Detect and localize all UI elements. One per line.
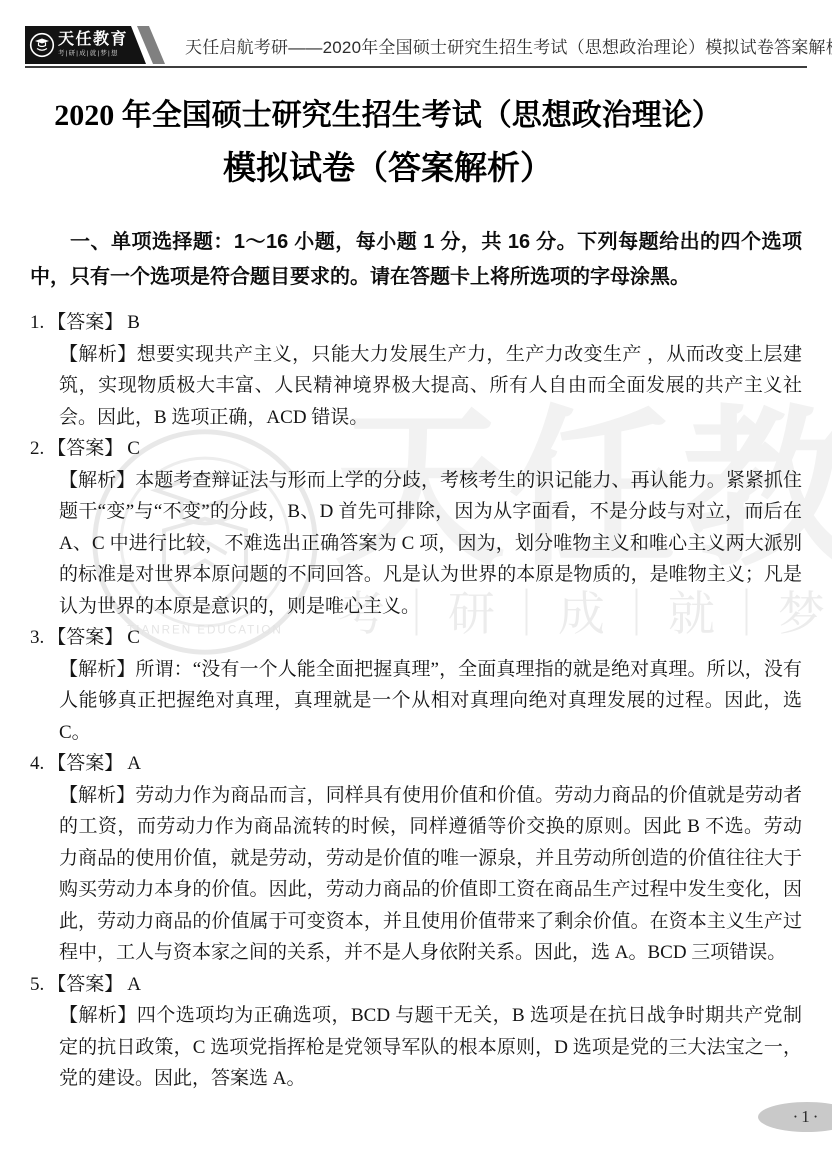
- analysis-text: 劳动力作为商品而言，同样具有使用价值和价值。劳动力商品的价值就是劳动者的工资，而…: [59, 785, 802, 964]
- logo-texts: 天任教育 考|研|成|就|梦|想: [58, 32, 128, 57]
- analysis-text: 想要实现共产主义，只能大力发展生产力，生产力改变生产 ，从而改变上层建筑，实现物…: [59, 344, 802, 428]
- questions-list: 1.【答案】B 【解析】想要实现共产主义，只能大力发展生产力，生产力改变生产 ，…: [30, 307, 802, 1095]
- doc-title-line1: 2020 年全国硕士研究生招生考试（思想政治理论）: [2, 96, 774, 137]
- document-body: 2020 年全国硕士研究生招生考试（思想政治理论） 模拟试卷（答案解析） 一、单…: [30, 96, 802, 1095]
- question-number: 2.: [30, 433, 44, 465]
- logo-brand-text: 天任教育: [58, 32, 128, 49]
- analysis-text: 所谓：“没有一个人能全面把握真理”，全面真理指的就是绝对真理。所以，没有人能够真…: [59, 659, 802, 743]
- question-answer-line: 5.【答案】A: [30, 969, 802, 1001]
- question-number: 3.: [30, 622, 44, 654]
- answer-value: B: [127, 312, 140, 333]
- page: TIANREN EDUCATION 天任教育 考｜研｜成｜就｜梦｜想 天任教育 …: [0, 0, 832, 1160]
- question-answer-line: 4.【答案】A: [30, 748, 802, 780]
- analysis-paragraph: 【解析】想要实现共产主义，只能大力发展生产力，生产力改变生产 ，从而改变上层建筑…: [59, 339, 802, 434]
- question-block: 3.【答案】C 【解析】所谓：“没有一个人能全面把握真理”，全面真理指的就是绝对…: [30, 622, 802, 748]
- question-block: 1.【答案】B 【解析】想要实现共产主义，只能大力发展生产力，生产力改变生产 ，…: [30, 307, 802, 433]
- answer-value: A: [127, 753, 141, 774]
- answer-label: 【答案】: [47, 627, 123, 648]
- analysis-label: 【解析】: [59, 659, 135, 680]
- doc-title-line2: 模拟试卷（答案解析）: [2, 147, 774, 192]
- answer-label: 【答案】: [47, 312, 123, 333]
- answer-label: 【答案】: [47, 753, 123, 774]
- question-answer-line: 2.【答案】C: [30, 433, 802, 465]
- question-number: 1.: [30, 307, 44, 339]
- brand-logo: 天任教育 考|研|成|就|梦|想: [25, 26, 169, 64]
- analysis-label: 【解析】: [59, 344, 137, 365]
- question-block: 5.【答案】A 【解析】四个选项均为正确选项，BCD 与题干无关，B 选项是在抗…: [30, 969, 802, 1095]
- page-number: ·1·: [793, 1107, 822, 1127]
- page-header: 天任教育 考|研|成|就|梦|想 天任启航考研——2020年全国硕士研究生招生考…: [25, 24, 807, 68]
- logo-slogan-text: 考|研|成|就|梦|想: [58, 51, 128, 58]
- analysis-text: 四个选项均为正确选项，BCD 与题干无关，B 选项是在抗日战争时期共产党制定的抗…: [59, 1005, 802, 1089]
- analysis-label: 【解析】: [59, 785, 135, 806]
- analysis-paragraph: 【解析】本题考查辩证法与形而上学的分歧，考核考生的识记能力、再认能力。紧紧抓住题…: [59, 465, 802, 623]
- analysis-paragraph: 【解析】劳动力作为商品而言，同样具有使用价值和价值。劳动力商品的价值就是劳动者的…: [59, 780, 802, 969]
- question-number: 5.: [30, 969, 44, 1001]
- answer-label: 【答案】: [47, 438, 123, 459]
- page-number-badge: ·1·: [758, 1102, 832, 1132]
- analysis-paragraph: 【解析】四个选项均为正确选项，BCD 与题干无关，B 选项是在抗日战争时期共产党…: [59, 1000, 802, 1095]
- analysis-paragraph: 【解析】所谓：“没有一个人能全面把握真理”，全面真理指的就是绝对真理。所以，没有…: [59, 654, 802, 749]
- question-answer-line: 3.【答案】C: [30, 622, 802, 654]
- section-intro: 一、单项选择题：1～16 小题，每小题 1 分，共 16 分。下列每题给出的四个…: [30, 225, 802, 295]
- answer-label: 【答案】: [47, 974, 123, 995]
- analysis-label: 【解析】: [59, 1005, 137, 1026]
- question-block: 4.【答案】A 【解析】劳动力作为商品而言，同样具有使用价值和价值。劳动力商品的…: [30, 748, 802, 969]
- question-answer-line: 1.【答案】B: [30, 307, 802, 339]
- answer-value: A: [127, 974, 141, 995]
- question-number: 4.: [30, 748, 44, 780]
- analysis-text: 本题考查辩证法与形而上学的分歧，考核考生的识记能力、再认能力。紧紧抓住题干“变”…: [59, 470, 802, 617]
- logo-emblem-icon: [29, 32, 55, 58]
- answer-value: C: [127, 627, 140, 648]
- header-title: 天任启航考研——2020年全国硕士研究生招生考试（思想政治理论）模拟试卷答案解析: [185, 33, 832, 58]
- question-block: 2.【答案】C 【解析】本题考查辩证法与形而上学的分歧，考核考生的识记能力、再认…: [30, 433, 802, 622]
- answer-value: C: [127, 438, 140, 459]
- analysis-label: 【解析】: [59, 470, 135, 491]
